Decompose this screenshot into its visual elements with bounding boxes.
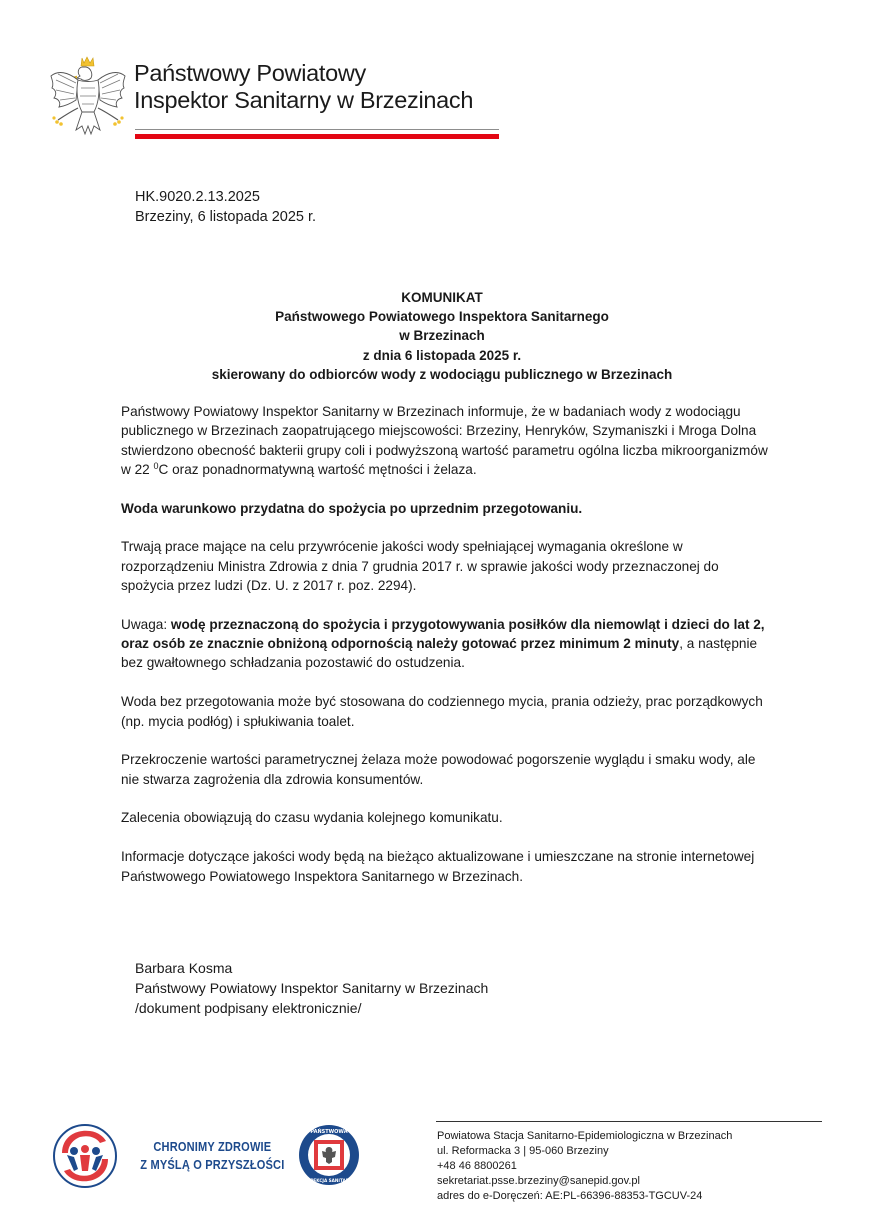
footer-divider (436, 1121, 822, 1122)
organization-name: Państwowy Powiatowy Inspektor Sanitarny … (134, 60, 473, 114)
paragraph-warning: Uwaga: wodę przeznaczoną do spożycia i p… (121, 615, 771, 673)
title-line-recipients: skierowany do odbiorców wody z wodociągu… (150, 365, 734, 384)
protect-health-logo-icon (52, 1123, 118, 1189)
phone-number: +48 46 8800261 (437, 1159, 732, 1174)
signature-block: Barbara Kosma Państwowy Powiatowy Inspek… (135, 958, 488, 1018)
title-line-date: z dnia 6 listopada 2025 r. (150, 346, 734, 365)
paragraph-ongoing-work: Trwają prace mające na celu przywrócenie… (121, 537, 771, 595)
title-line-komunikat: KOMUNIKAT (150, 288, 734, 307)
paragraph-water-status: Woda warunkowo przydatna do spożycia po … (121, 499, 771, 518)
signatory-name: Barbara Kosma (135, 958, 488, 978)
letterhead-divider-gray (135, 129, 499, 130)
paragraph-iron: Przekroczenie wartości parametrycznej że… (121, 750, 771, 789)
letterhead: Państwowy Powiatowy Inspektor Sanitarny … (46, 52, 506, 142)
paragraph-updates: Informacje dotyczące jakości wody będą n… (121, 847, 771, 886)
paragraph-usage: Woda bez przegotowania może być stosowan… (121, 692, 771, 731)
email-address[interactable]: sekretariat.psse.brzeziny@sanepid.gov.pl (437, 1174, 732, 1189)
announcement-title: KOMUNIKAT Państwowego Powiatowego Inspek… (150, 288, 734, 384)
footer-contact: Powiatowa Stacja Sanitarno-Epidemiologic… (437, 1129, 732, 1204)
postal-address: ul. Reformacka 3 | 95-060 Brzeziny (437, 1144, 732, 1159)
slogan-line-2: Z MYŚLĄ O PRZYSZŁOŚCI (138, 1156, 287, 1174)
paragraph-validity: Zalecenia obowiązują do czasu wydania ko… (121, 808, 771, 827)
announcement-body: Państwowy Powiatowy Inspektor Sanitarny … (121, 402, 771, 905)
institution-name: Powiatowa Stacja Sanitarno-Epidemiologic… (437, 1129, 732, 1144)
inspekcja-sanitarna-logo-icon: PAŃSTWOWA INSPEKCJA SANITARNA (298, 1124, 360, 1186)
organization-name-line-2: Inspektor Sanitarny w Brzezinach (134, 87, 473, 114)
paragraph-findings: Państwowy Powiatowy Inspektor Sanitarny … (121, 402, 771, 479)
polish-eagle-emblem-icon (48, 54, 128, 140)
signature-note: /dokument podpisany elektronicznie/ (135, 998, 488, 1018)
case-number: HK.9020.2.13.2025 (135, 187, 316, 207)
svg-text:PAŃSTWOWA: PAŃSTWOWA (310, 1127, 347, 1135)
reference-block: HK.9020.2.13.2025 Brzeziny, 6 listopada … (135, 187, 316, 227)
svg-text:INSPEKCJA SANITARNA: INSPEKCJA SANITARNA (302, 1178, 356, 1183)
organization-name-line-1: Państwowy Powiatowy (134, 60, 473, 87)
place-and-date: Brzeziny, 6 listopada 2025 r. (135, 207, 316, 227)
campaign-slogan: CHRONIMY ZDROWIE Z MYŚLĄ O PRZYSZŁOŚCI (138, 1138, 287, 1174)
e-delivery-address: adres do e-Doręczeń: AE:PL-66396-88353-T… (437, 1189, 732, 1204)
signatory-position: Państwowy Powiatowy Inspektor Sanitarny … (135, 978, 488, 998)
letterhead-divider-red (135, 134, 499, 139)
title-line-location: w Brzezinach (150, 326, 734, 345)
slogan-line-1: CHRONIMY ZDROWIE (138, 1138, 287, 1156)
title-line-issuer: Państwowego Powiatowego Inspektora Sanit… (150, 307, 734, 326)
